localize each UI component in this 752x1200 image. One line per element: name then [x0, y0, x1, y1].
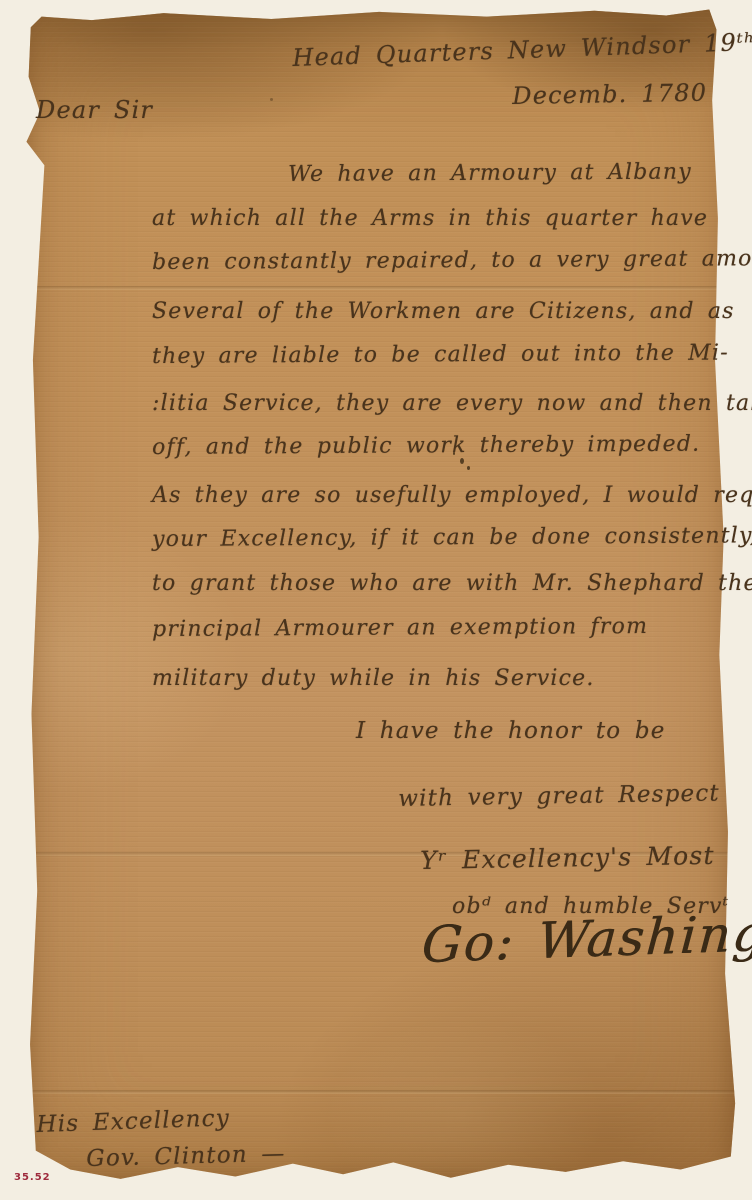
letter-body-line: off, and the public work thereby impeded… — [152, 431, 727, 460]
letter-scan: Head Quarters New Windsor 19ᵗʰ Decemb. 1… — [0, 0, 752, 1200]
letter-body-line: Several of the Workmen are Citizens, and… — [152, 299, 727, 324]
address-line: Gov. Clinton — — [86, 1141, 286, 1172]
salutation: Dear Sir — [36, 96, 153, 124]
ink-speck — [460, 458, 464, 464]
letter-body-line: at which all the Arms in this quarter ha… — [152, 206, 727, 231]
letter-body-line: to grant those who are with Mr. Shephard… — [152, 571, 727, 596]
letter-body-line: We have an Armoury at Albany — [288, 158, 752, 187]
letter-body-line: they are liable to be called out into th… — [152, 340, 727, 369]
heading-date: Decemb. 1780 — [512, 79, 707, 110]
letter-body-line: been constantly repaired, to a very grea… — [152, 246, 727, 275]
letter-body-line: principal Armourer an exemption from — [152, 613, 727, 642]
fold-crease-top — [20, 286, 738, 290]
closing-line: Yʳ Excellency's Most — [420, 841, 715, 875]
letter-body-line: :litia Service, they are every now and t… — [152, 391, 727, 416]
letter-body-line: military duty while in his Service. — [152, 666, 727, 691]
fold-crease-bottom — [20, 1090, 738, 1094]
letter-body-line: As they are so usefully employed, I woul… — [152, 483, 727, 508]
ink-speck — [270, 98, 273, 101]
ink-speck — [467, 466, 470, 470]
closing-line: I have the honor to be — [356, 718, 666, 744]
accession-number-stamp: 35.52 — [14, 1172, 51, 1183]
letter-body-line: your Excellency, if it can be done consi… — [152, 523, 727, 552]
